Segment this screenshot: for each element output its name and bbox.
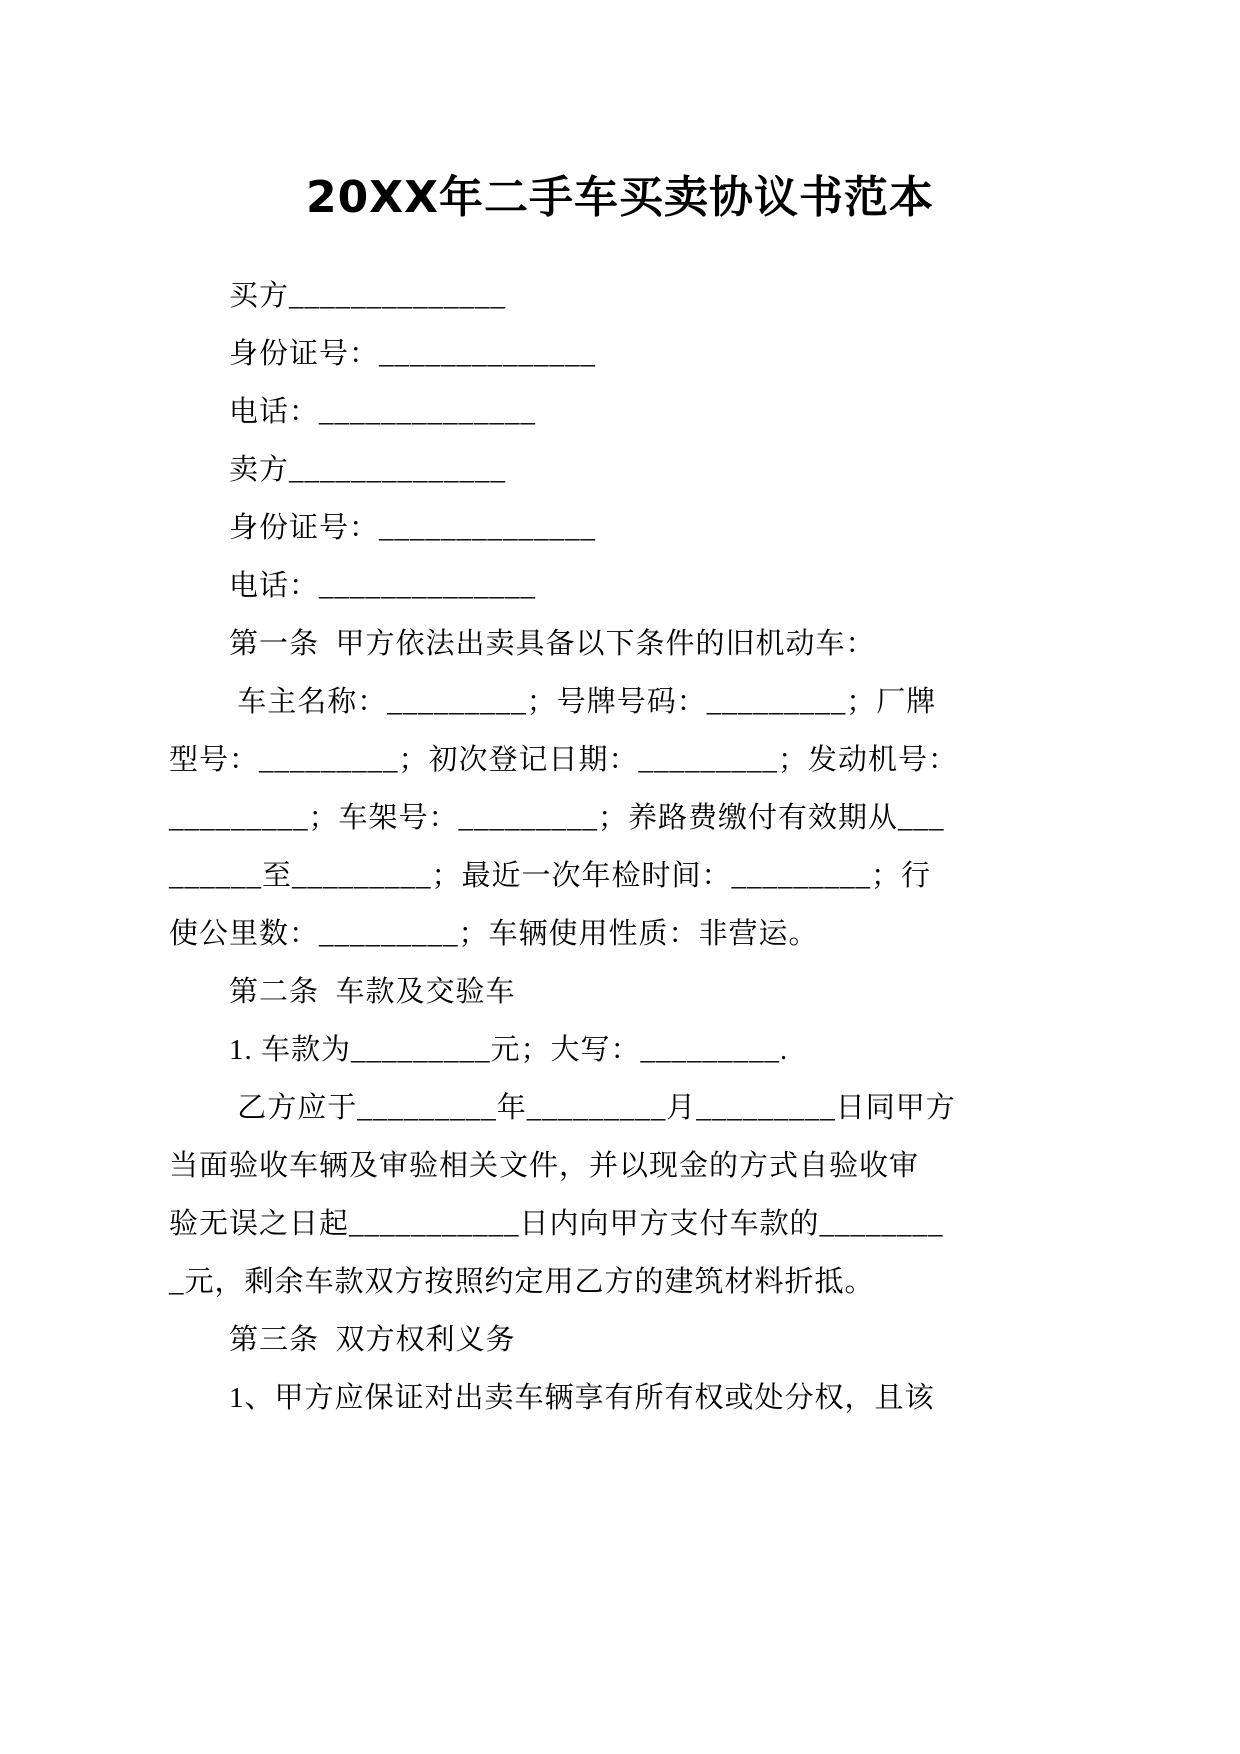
article1-line-5: 使公里数：_________；车辆使用性质：非营运。 <box>169 914 819 954</box>
buyer-phone-line: 电话：______________ <box>229 392 536 432</box>
seller-label: 卖方 <box>229 454 289 486</box>
article2-heading: 第二条 车款及交验车 <box>229 972 516 1012</box>
seller-phone-blank[interactable]: ______________ <box>319 570 536 602</box>
buyer-blank[interactable]: ______________ <box>289 280 506 312</box>
document-title: 20XX年二手车买卖协议书范本 <box>0 168 1240 228</box>
article1-heading: 第一条 甲方依法出卖具备以下条件的旧机动车： <box>229 624 876 664</box>
article1-line-2: 型号：_________；初次登记日期：_________；发动机号： <box>169 740 959 780</box>
article2-line-2: 当面验收车辆及审验相关文件，并以现金的方式自验收审 <box>169 1146 919 1186</box>
buyer-id-line: 身份证号：______________ <box>229 334 596 374</box>
article2-item-1: 1. 车款为_________元；大写：_________. <box>229 1030 788 1070</box>
seller-phone-line: 电话：______________ <box>229 566 536 606</box>
buyer-label: 买方 <box>229 280 289 312</box>
document-page: 20XX年二手车买卖协议书范本 买方______________ 身份证号：__… <box>0 0 1240 1754</box>
article1-line-4: ______至_________；最近一次年检时间：_________；行 <box>169 856 944 896</box>
buyer-id-label: 身份证号： <box>229 338 379 370</box>
article2-line-1: 乙方应于_________年_________月_________日同甲方 <box>229 1088 956 1128</box>
seller-id-blank[interactable]: ______________ <box>379 512 596 544</box>
buyer-phone-blank[interactable]: ______________ <box>319 396 536 428</box>
article3-heading: 第三条 双方权利义务 <box>229 1320 516 1360</box>
seller-phone-label: 电话： <box>229 570 319 602</box>
seller-id-label: 身份证号： <box>229 512 379 544</box>
article2-line-4: _元，剩余车款双方按照约定用乙方的建筑材料折抵。 <box>169 1262 875 1302</box>
article1-line-3: _________；车架号：_________；养路费缴付有效期从___ <box>169 798 944 838</box>
article2-line-3: 验无误之日起___________日内向甲方支付车款的________ <box>169 1204 944 1244</box>
buyer-id-blank[interactable]: ______________ <box>379 338 596 370</box>
buyer-phone-label: 电话： <box>229 396 319 428</box>
article1-line-1: 车主名称：_________；号牌号码：_________；厂牌 <box>229 682 941 722</box>
buyer-line: 买方______________ <box>229 276 506 316</box>
article3-item-1: 1、甲方应保证对出卖车辆享有所有权或处分权，且该 <box>229 1378 935 1418</box>
seller-blank[interactable]: ______________ <box>289 454 506 486</box>
seller-line: 卖方______________ <box>229 450 506 490</box>
seller-id-line: 身份证号：______________ <box>229 508 596 548</box>
